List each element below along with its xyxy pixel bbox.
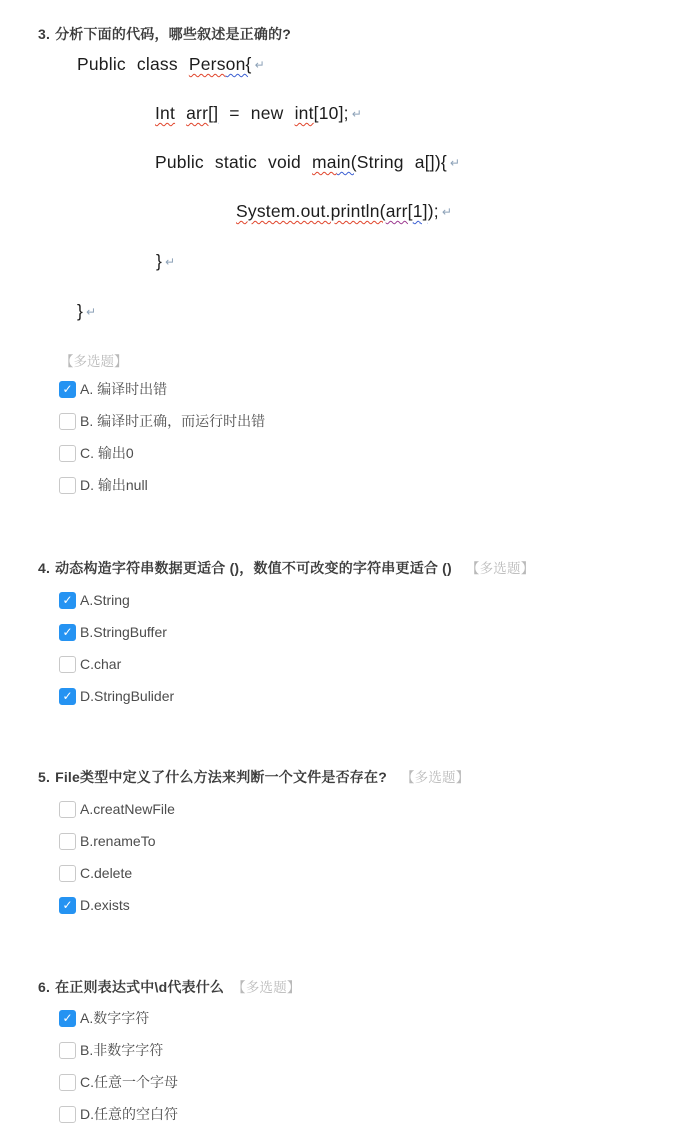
spellcheck-squiggle: int xyxy=(295,103,314,123)
spellcheck-squiggle: arr[ xyxy=(186,103,213,123)
checkbox[interactable]: ✓ xyxy=(59,865,76,882)
checkbox[interactable]: ✓ xyxy=(59,445,76,462)
spellcheck-squiggle: Int xyxy=(155,103,175,123)
option-row-b[interactable]: ✓ B. 编译时正确，而运行时出错 xyxy=(59,412,265,430)
question-title-text: 在正则表达式中\d代表什么 xyxy=(55,979,224,995)
checkbox[interactable]: ✓ xyxy=(59,688,76,705)
checkbox[interactable]: ✓ xyxy=(59,897,76,914)
option-row-c[interactable]: ✓ C.char xyxy=(59,655,121,673)
return-mark-icon: ↵ xyxy=(255,58,265,72)
grammar-squiggle: in( xyxy=(337,152,357,172)
checkbox[interactable]: ✓ xyxy=(59,477,76,494)
check-icon: ✓ xyxy=(62,383,72,395)
option-row-c[interactable]: ✓ C. 输出0 xyxy=(59,444,134,462)
option-label[interactable]: D. 输出null xyxy=(80,475,148,495)
option-row-d[interactable]: ✓ D. 输出null xyxy=(59,476,148,494)
check-icon: ✓ xyxy=(62,1012,72,1024)
checkbox[interactable]: ✓ xyxy=(59,381,76,398)
option-label[interactable]: B.StringBuffer xyxy=(80,624,167,640)
checkbox[interactable]: ✓ xyxy=(59,1042,76,1059)
option-row-d[interactable]: ✓ D.exists xyxy=(59,896,130,914)
checkbox[interactable]: ✓ xyxy=(59,833,76,850)
option-row-d[interactable]: ✓ D.StringBulider xyxy=(59,687,174,705)
check-icon: ✓ xyxy=(62,899,72,911)
code-line-1: Public class Person{↵ xyxy=(77,54,265,75)
option-row-a[interactable]: ✓ A.数字字符 xyxy=(59,1009,149,1027)
option-row-b[interactable]: ✓ B.StringBuffer xyxy=(59,623,167,641)
question-number: 3. xyxy=(38,26,50,42)
spellcheck-squiggle: ma xyxy=(312,152,337,172)
checkbox[interactable]: ✓ xyxy=(59,1010,76,1027)
question-type-badge: 【多选题】 xyxy=(232,980,301,995)
checkbox[interactable]: ✓ xyxy=(59,801,76,818)
option-label[interactable]: A.String xyxy=(80,592,130,608)
option-label[interactable]: D.StringBulider xyxy=(80,688,174,704)
question-title-text: 动态构造字符串数据更适合 ()，数值不可改变的字符串更适合 () xyxy=(55,560,452,576)
checkbox[interactable]: ✓ xyxy=(59,592,76,609)
return-mark-icon: ↵ xyxy=(86,305,96,319)
code-line-2: Int arr[] = new int[10];↵ xyxy=(155,103,362,124)
question-number: 4. xyxy=(38,560,50,576)
question-title-text: File类型中定义了什么方法来判断一个文件是否存在? xyxy=(55,769,387,785)
question-3-title: 3.分析下面的代码，哪些叙述是正确的? xyxy=(38,24,291,44)
option-label[interactable]: D.exists xyxy=(80,897,130,913)
option-label[interactable]: C.任意一个字母 xyxy=(80,1072,178,1092)
quiz-page: 3.分析下面的代码，哪些叙述是正确的? Public class Person{… xyxy=(0,0,681,1145)
check-icon: ✓ xyxy=(62,626,72,638)
check-icon: ✓ xyxy=(62,690,72,702)
return-mark-icon: ↵ xyxy=(165,255,175,269)
code-line-6: }↵ xyxy=(77,301,96,322)
checkbox[interactable]: ✓ xyxy=(59,1106,76,1123)
option-label[interactable]: A.数字字符 xyxy=(80,1008,149,1028)
option-label[interactable]: C. 输出0 xyxy=(80,443,134,463)
question-type-badge: 【多选题】 xyxy=(401,770,470,785)
option-label[interactable]: B. 编译时正确，而运行时出错 xyxy=(80,411,265,431)
option-label[interactable]: B.renameTo xyxy=(80,833,155,849)
checkbox[interactable]: ✓ xyxy=(59,1074,76,1091)
code-line-4: System.out.println(arr[1]);↵ xyxy=(236,201,452,222)
check-icon: ✓ xyxy=(62,594,72,606)
option-label[interactable]: C.char xyxy=(80,656,121,672)
code-line-3: Public static void main(String a[]){↵ xyxy=(155,152,460,173)
option-row-a[interactable]: ✓ A. 编译时出错 xyxy=(59,380,167,398)
option-label[interactable]: D.任意的空白符 xyxy=(80,1104,178,1124)
grammar-squiggle: 1] xyxy=(413,201,428,221)
checkbox[interactable]: ✓ xyxy=(59,624,76,641)
question-number: 5. xyxy=(38,769,50,785)
return-mark-icon: ↵ xyxy=(450,156,460,170)
question-6-title: 6.在正则表达式中\d代表什么【多选题】 xyxy=(38,976,301,997)
return-mark-icon: ↵ xyxy=(442,205,452,219)
option-label[interactable]: B.非数字字符 xyxy=(80,1040,163,1060)
spellcheck-squiggle: Pers xyxy=(189,54,226,74)
option-row-a[interactable]: ✓ A.creatNewFile xyxy=(59,800,175,818)
option-row-c[interactable]: ✓ C.任意一个字母 xyxy=(59,1073,178,1091)
option-label[interactable]: A. 编译时出错 xyxy=(80,379,167,399)
code-line-5: }↵ xyxy=(156,251,175,272)
checkbox[interactable]: ✓ xyxy=(59,656,76,673)
option-row-a[interactable]: ✓ A.String xyxy=(59,591,130,609)
grammar-squiggle: on{ xyxy=(226,54,252,74)
question-number: 6. xyxy=(38,979,50,995)
question-5-title: 5.File类型中定义了什么方法来判断一个文件是否存在?【多选题】 xyxy=(38,766,469,787)
return-mark-icon: ↵ xyxy=(352,107,362,121)
question-type-badge: 【多选题】 xyxy=(466,561,535,576)
checkbox[interactable]: ✓ xyxy=(59,413,76,430)
option-row-c[interactable]: ✓ C.delete xyxy=(59,864,132,882)
question-4-title: 4.动态构造字符串数据更适合 ()，数值不可改变的字符串更适合 ()【多选题】 xyxy=(38,557,534,578)
overlap-squiggle: arr[ xyxy=(386,201,413,221)
option-label[interactable]: C.delete xyxy=(80,865,132,881)
option-row-d[interactable]: ✓ D.任意的空白符 xyxy=(59,1105,178,1123)
question-type-badge: 【多选题】 xyxy=(60,350,128,370)
option-label[interactable]: A.creatNewFile xyxy=(80,801,175,817)
option-row-b[interactable]: ✓ B.非数字字符 xyxy=(59,1041,163,1059)
option-row-b[interactable]: ✓ B.renameTo xyxy=(59,832,155,850)
question-title-text: 分析下面的代码，哪些叙述是正确的? xyxy=(55,26,291,42)
spellcheck-squiggle: System.out.println( xyxy=(236,201,386,221)
